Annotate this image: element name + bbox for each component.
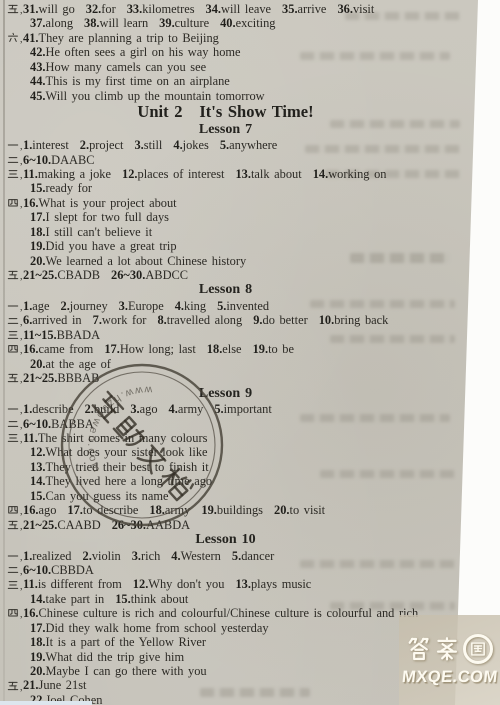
- item-text: realized: [32, 549, 71, 563]
- watermark-brand: [406, 634, 493, 664]
- item-number: 2.: [61, 299, 70, 313]
- cjk-glyph-一: [7, 403, 19, 415]
- item-number: 10.: [319, 313, 335, 327]
- enumeration-comma: ,: [20, 318, 23, 328]
- answer-item: 4.army: [169, 402, 204, 416]
- cjk-glyph-二: [7, 154, 19, 166]
- answer-content: ,31.will go32.for33.kilometres34.will le…: [0, 2, 473, 705]
- answer-line-continuation: 43.How many camels can you see: [7, 60, 473, 74]
- item-text: I still can't believe it: [46, 225, 153, 239]
- item-number: 11.: [23, 431, 38, 445]
- item-text: What does your sister look like: [46, 445, 208, 459]
- answer-item: 17.How long; last: [104, 342, 195, 356]
- answer-item: 19.to be: [253, 342, 294, 356]
- cjk-glyph-二: [7, 418, 19, 430]
- item-number: 21~25.: [23, 268, 57, 282]
- item-number: 45.: [30, 89, 46, 103]
- item-number: 34.: [206, 2, 222, 16]
- item-text: Did you have a great trip: [46, 239, 177, 253]
- item-text: take part in: [46, 592, 105, 606]
- enumeration-comma: ,: [20, 507, 23, 517]
- item-text: journey: [70, 299, 108, 313]
- item-text: The shirt comes in many colours: [38, 431, 208, 445]
- item-number: 20.: [274, 503, 290, 517]
- item-text: think about: [131, 592, 189, 606]
- item-text: CAABD: [57, 518, 100, 532]
- item-number: 42.: [30, 45, 46, 59]
- answer-line-continuation: 17.I slept for two full days: [7, 210, 473, 224]
- answer-item: 40.exciting: [220, 16, 275, 30]
- cjk-glyph-案: [434, 636, 460, 662]
- item-number: 17.: [67, 503, 83, 517]
- item-number: 11.: [23, 577, 38, 591]
- section-marker: ,: [7, 403, 23, 415]
- cjk-glyph-六: [7, 32, 19, 44]
- item-number: 17.: [30, 210, 46, 224]
- item-text: I slept for two full days: [46, 210, 169, 224]
- answer-line-continuation: 14.They lived here a long time ago: [7, 474, 473, 488]
- item-text: CBBDA: [51, 563, 94, 577]
- answer-item: 44.This is my first time on an airplane: [30, 74, 230, 88]
- item-text: else: [222, 342, 241, 356]
- section-marker: ,: [7, 269, 23, 281]
- answer-line-continuation: 14.take part in15.think about: [7, 592, 473, 606]
- item-text: violin: [92, 549, 121, 563]
- item-text: came from: [39, 342, 94, 356]
- answer-line-continuation: 20.at the age of: [7, 357, 473, 371]
- item-number: 12.: [30, 445, 46, 459]
- enumeration-comma: ,: [20, 171, 23, 181]
- item-number: 26~30.: [111, 268, 145, 282]
- cjk-glyph-一: [7, 550, 19, 562]
- answer-line: ,6~10.BABBA: [7, 417, 473, 431]
- item-number: 5.: [232, 549, 241, 563]
- item-text: talk about: [251, 167, 302, 181]
- answer-item: 18.army: [149, 503, 190, 517]
- item-text: June 21st: [39, 678, 87, 692]
- section-marker: ,: [7, 197, 23, 209]
- lesson-heading: Lesson 8: [7, 282, 444, 299]
- item-number: 18.: [149, 503, 165, 517]
- item-text: will go: [39, 2, 75, 16]
- cjk-glyph-四: [7, 504, 19, 516]
- section-marker: ,: [7, 168, 23, 180]
- item-number: 19.: [30, 650, 46, 664]
- section-marker: ,: [7, 329, 23, 341]
- section-marker: ,: [7, 680, 23, 692]
- answer-item: 18.It is a part of the Yellow River: [30, 635, 206, 649]
- answer-line: ,1.age2.journey3.Europe4.king5.invented: [7, 299, 473, 313]
- item-text: to visit: [290, 503, 326, 517]
- answer-line: ,16.ago17.to describe18.army19.buildings…: [7, 503, 473, 517]
- enumeration-comma: ,: [20, 421, 23, 431]
- answer-item: 15.ready for: [30, 181, 92, 195]
- answer-item: 10.bring back: [319, 313, 389, 327]
- item-text: It is a part of the Yellow River: [46, 635, 207, 649]
- cjk-glyph-五: [7, 269, 19, 281]
- answer-item: 3.ago: [130, 402, 157, 416]
- enumeration-comma: ,: [20, 303, 23, 313]
- item-number: 3.: [132, 549, 141, 563]
- answer-item: 12.places of interest: [122, 167, 224, 181]
- item-number: 41.: [23, 31, 39, 45]
- section-marker: ,: [7, 154, 23, 166]
- answer-line: ,11.The shirt comes in many colours: [7, 431, 473, 445]
- item-text: bring back: [334, 313, 388, 327]
- enumeration-comma: ,: [20, 522, 23, 532]
- item-number: 6~10.: [23, 153, 51, 167]
- answer-item: 36.visit: [337, 2, 374, 16]
- enumeration-comma: ,: [20, 346, 23, 356]
- item-text: BABBA: [51, 417, 94, 431]
- answer-item: 16.What is your project about: [23, 196, 177, 210]
- item-text: for: [101, 2, 115, 16]
- item-text: ago: [39, 503, 57, 517]
- enumeration-comma: ,: [20, 35, 23, 45]
- item-number: 16.: [23, 503, 39, 517]
- item-text: buildings: [217, 503, 263, 517]
- item-text: at the age of: [46, 357, 111, 371]
- item-number: 4.: [171, 549, 180, 563]
- item-number: 31.: [23, 2, 39, 16]
- answer-item: 17.I slept for two full days: [30, 210, 169, 224]
- answer-line-continuation: 45.Will you climb up the mountain tomorr…: [7, 89, 473, 103]
- answer-item: 31.will go: [23, 2, 75, 16]
- cjk-glyph-二: [7, 564, 19, 576]
- watermark: MXQE.COM: [399, 615, 500, 705]
- answer-line: ,16.came from17.How long; last18.else19.…: [7, 342, 473, 356]
- item-number: 1.: [23, 138, 32, 152]
- item-number: 16.: [23, 196, 39, 210]
- item-text: BBBAB: [57, 371, 99, 385]
- item-text: project: [89, 138, 123, 152]
- answer-item: 6~10.BABBA: [23, 417, 94, 431]
- item-number: 13.: [30, 460, 46, 474]
- item-text: visit: [353, 2, 374, 16]
- cjk-glyph-五: [7, 372, 19, 384]
- item-text: rich: [141, 549, 160, 563]
- answer-item: 17.to describe: [67, 503, 138, 517]
- section-marker: ,: [7, 579, 23, 591]
- item-text: Did they walk home from school yesterday: [46, 621, 269, 635]
- item-number: 2.: [85, 402, 94, 416]
- item-text: Can you guess its name: [46, 489, 169, 503]
- answer-item: 14.working on: [313, 167, 387, 181]
- item-text: Why don't you: [148, 577, 224, 591]
- answer-line-continuation: 37.along38.will learn39.culture40.exciti…: [7, 16, 473, 30]
- answer-line: ,11~15.BBADA: [7, 328, 473, 342]
- fold-crease: [3, 0, 5, 705]
- item-number: 21~25.: [23, 518, 57, 532]
- item-text: Europe: [128, 299, 164, 313]
- item-number: 19.: [253, 342, 269, 356]
- answer-item: 34.will leave: [206, 2, 272, 16]
- unit-title: Unit 2 It's Show Time!: [7, 103, 444, 122]
- item-number: 14.: [313, 167, 329, 181]
- answer-item: 11~15.BBADA: [23, 328, 100, 342]
- answer-item: 16.ago: [23, 503, 56, 517]
- answer-item: 15.Can you guess its name: [30, 489, 169, 503]
- cjk-glyph-答: [406, 636, 432, 662]
- answer-item: 42.He often sees a girl on his way home: [30, 45, 241, 59]
- item-text: interest: [32, 138, 68, 152]
- enumeration-comma: ,: [20, 332, 23, 342]
- item-number: 2.: [80, 138, 89, 152]
- item-text: age: [32, 299, 49, 313]
- answer-item: 37.along: [30, 16, 73, 30]
- answer-line: ,16.What is your project about: [7, 196, 473, 210]
- item-text: ready for: [46, 181, 93, 195]
- answer-item: 14.take part in: [30, 592, 104, 606]
- item-number: 18.: [30, 225, 46, 239]
- item-text: How long; last: [120, 342, 196, 356]
- item-text: travelled along: [167, 313, 242, 327]
- item-number: 12.: [133, 577, 149, 591]
- item-text: Western: [181, 549, 221, 563]
- item-text: along: [46, 16, 74, 30]
- answer-item: 1.describe: [23, 402, 74, 416]
- section-marker: ,: [7, 372, 23, 384]
- answer-item: 5.dancer: [232, 549, 274, 563]
- enumeration-comma: ,: [20, 406, 23, 416]
- answer-item: 45.Will you climb up the mountain tomorr…: [30, 89, 265, 103]
- item-number: 17.: [104, 342, 120, 356]
- answer-line-continuation: 15.Can you guess its name: [7, 489, 473, 503]
- answer-line: ,21~25.BBBAB: [7, 371, 473, 385]
- watermark-circle-icon: [463, 634, 493, 664]
- enumeration-comma: ,: [20, 200, 23, 210]
- item-number: 19.: [30, 239, 46, 253]
- answer-item: 4.Western: [171, 549, 221, 563]
- item-number: 11~15.: [23, 328, 57, 342]
- answer-line: ,1.describe2.build3.ago4.army5.important: [7, 402, 473, 416]
- answer-line: ,31.will go32.for33.kilometres34.will le…: [7, 2, 473, 16]
- item-text: working on: [328, 167, 386, 181]
- item-number: 38.: [84, 16, 100, 30]
- answer-item: 20.Maybe I can go there with you: [30, 664, 207, 678]
- item-number: 2.: [83, 549, 92, 563]
- item-number: 15.: [30, 489, 46, 503]
- item-text: army: [178, 402, 203, 416]
- enumeration-comma: ,: [20, 375, 23, 385]
- answer-item: 19.buildings: [201, 503, 263, 517]
- item-text: ABDCC: [145, 268, 188, 282]
- answer-item: 5.anywhere: [220, 138, 277, 152]
- item-number: 21~25.: [23, 371, 57, 385]
- answer-line: ,6.arrived in7.work for8.travelled along…: [7, 313, 473, 327]
- item-text: work for: [102, 313, 147, 327]
- answer-item: 16.came from: [23, 342, 93, 356]
- enumeration-comma: ,: [20, 157, 23, 167]
- answer-item: 20.to visit: [274, 503, 325, 517]
- item-number: 4.: [175, 299, 184, 313]
- item-text: Maybe I can go there with you: [46, 664, 207, 678]
- answer-line: ,21~25.CAABD26~30.AABDA: [7, 518, 473, 532]
- answer-line: ,11.is different from12.Why don't you13.…: [7, 577, 473, 591]
- item-number: 3.: [130, 402, 139, 416]
- answer-item: 5.important: [214, 402, 271, 416]
- section-marker: ,: [7, 300, 23, 312]
- item-number: 16.: [23, 606, 39, 620]
- answer-item: 7.work for: [93, 313, 147, 327]
- answer-item: 2.project: [80, 138, 124, 152]
- answer-item: 1.realized: [23, 549, 72, 563]
- item-number: 4.: [169, 402, 178, 416]
- answer-item: 41.They are planning a trip to Beijing: [23, 31, 219, 45]
- answer-line: ,21~25.CBADB26~30.ABDCC: [7, 268, 473, 282]
- item-text: anywhere: [229, 138, 277, 152]
- answer-item: 38.will learn: [84, 16, 148, 30]
- item-text: culture: [175, 16, 209, 30]
- item-text: kilometres: [142, 2, 194, 16]
- item-number: 20.: [30, 254, 46, 268]
- section-marker: ,: [7, 418, 23, 430]
- answer-item: 9.do better: [253, 313, 308, 327]
- answer-item: 2.violin: [83, 549, 121, 563]
- item-text: describe: [32, 402, 73, 416]
- enumeration-comma: ,: [20, 610, 23, 620]
- section-marker: ,: [7, 343, 23, 355]
- answer-item: 5.invented: [217, 299, 269, 313]
- item-text: will leave: [221, 2, 271, 16]
- answer-item: 18.else: [207, 342, 242, 356]
- item-number: 18.: [30, 635, 46, 649]
- answer-item: 2.build: [85, 402, 120, 416]
- section-marker: ,: [7, 432, 23, 444]
- answer-item: 16.Chinese culture is rich and colourful…: [23, 606, 418, 620]
- answer-line-continuation: 20.We learned a lot about Chinese histor…: [7, 254, 473, 268]
- item-text: AABDA: [146, 518, 190, 532]
- item-number: 9.: [253, 313, 262, 327]
- answer-item: 21~25.CAABD: [23, 518, 101, 532]
- answer-item: 11.The shirt comes in many colours: [23, 431, 207, 445]
- cjk-glyph-四: [7, 197, 19, 209]
- cjk-glyph-一: [7, 139, 19, 151]
- cjk-glyph-四: [7, 343, 19, 355]
- lesson-heading: Lesson 9: [7, 386, 444, 403]
- item-number: 20.: [30, 357, 46, 371]
- answer-item: 13.They tried their best to finish it: [30, 460, 209, 474]
- item-number: 15.: [115, 592, 131, 606]
- enumeration-comma: ,: [20, 6, 23, 16]
- answer-item: 39.culture: [159, 16, 209, 30]
- section-marker: ,: [7, 519, 23, 531]
- answer-item: 6~10.DAABC: [23, 153, 95, 167]
- item-text: CBADB: [57, 268, 100, 282]
- answer-line-continuation: 44.This is my first time on an airplane: [7, 74, 473, 88]
- item-text: They tried their best to finish it: [46, 460, 209, 474]
- item-text: army: [165, 503, 190, 517]
- item-text: exciting: [236, 16, 276, 30]
- item-number: 14.: [30, 592, 46, 606]
- item-number: 39.: [159, 16, 175, 30]
- item-number: 5.: [214, 402, 223, 416]
- answer-item: 15.think about: [115, 592, 188, 606]
- answer-item: 43.How many camels can you see: [30, 60, 206, 74]
- item-number: 32.: [86, 2, 102, 16]
- answer-item: 17.Did they walk home from school yester…: [30, 621, 269, 635]
- enumeration-comma: ,: [20, 435, 23, 445]
- item-number: 37.: [30, 16, 46, 30]
- answer-line: ,1.interest2.project3.still4.jokes5.anyw…: [7, 138, 473, 152]
- cjk-glyph-三: [7, 168, 19, 180]
- answer-line-continuation: 15.ready for: [7, 181, 473, 195]
- answer-item: 13.plays music: [235, 577, 311, 591]
- section-marker: ,: [7, 315, 23, 327]
- item-text: still: [144, 138, 163, 152]
- answer-item: 32.for: [86, 2, 116, 16]
- bottom-edge-sliver: [0, 701, 92, 705]
- cjk-glyph-五: [7, 680, 19, 692]
- item-number: 5.: [217, 299, 226, 313]
- item-number: 11.: [23, 167, 38, 181]
- item-text: king: [184, 299, 206, 313]
- item-text: They lived here a long time ago: [46, 474, 213, 488]
- item-number: 6.: [23, 313, 32, 327]
- watermark-site: MXQE.COM: [401, 668, 499, 687]
- answer-item: 20.at the age of: [30, 357, 111, 371]
- answer-item: 3.rich: [132, 549, 161, 563]
- answer-item: 6.arrived in: [23, 313, 82, 327]
- answer-item: 8.travelled along: [157, 313, 242, 327]
- answer-item: 12.What does your sister look like: [30, 445, 208, 459]
- answer-item: 19.Did you have a great trip: [30, 239, 177, 253]
- item-text: is different from: [38, 577, 122, 591]
- answer-line: ,41.They are planning a trip to Beijing: [7, 31, 473, 45]
- cjk-glyph-一: [7, 300, 19, 312]
- answer-item: 21~25.BBBAB: [23, 371, 99, 385]
- item-number: 3.: [119, 299, 128, 313]
- answer-item: 1.age: [23, 299, 50, 313]
- item-text: BBADA: [57, 328, 100, 342]
- item-number: 19.: [201, 503, 217, 517]
- answer-line: ,1.realized2.violin3.rich4.Western5.danc…: [7, 549, 473, 563]
- answer-item: 1.interest: [23, 138, 69, 152]
- item-number: 40.: [220, 16, 236, 30]
- item-number: 6~10.: [23, 417, 51, 431]
- answer-item: 26~30.AABDA: [112, 518, 190, 532]
- item-text: ago: [140, 402, 158, 416]
- item-text: important: [224, 402, 272, 416]
- item-number: 3.: [134, 138, 143, 152]
- item-text: They are planning a trip to Beijing: [39, 31, 219, 45]
- section-marker: ,: [7, 607, 23, 619]
- answer-item: 33.kilometres: [127, 2, 195, 16]
- item-text: We learned a lot about Chinese history: [46, 254, 247, 268]
- answer-item: 11.is different from: [23, 577, 122, 591]
- answer-item: 11.making a joke: [23, 167, 111, 181]
- watermark-circle-char: [470, 641, 486, 657]
- item-text: Chinese culture is rich and colourful/Ch…: [39, 606, 419, 620]
- answer-item: 20.We learned a lot about Chinese histor…: [30, 254, 246, 268]
- answer-item: 14.They lived here a long time ago: [30, 474, 212, 488]
- item-number: 13.: [235, 167, 251, 181]
- section-marker: ,: [7, 504, 23, 516]
- enumeration-comma: ,: [20, 567, 23, 577]
- item-number: 17.: [30, 621, 46, 635]
- item-text: DAABC: [51, 153, 94, 167]
- answer-line: ,6~10.DAABC: [7, 153, 473, 167]
- item-number: 15.: [30, 181, 46, 195]
- item-number: 1.: [23, 299, 32, 313]
- answer-line: ,6~10.CBBDA: [7, 563, 473, 577]
- cjk-glyph-圈: [470, 641, 486, 657]
- item-number: 7.: [93, 313, 102, 327]
- item-number: 5.: [220, 138, 229, 152]
- cjk-glyph-三: [7, 432, 19, 444]
- section-marker: ,: [7, 139, 23, 151]
- item-number: 16.: [23, 342, 39, 356]
